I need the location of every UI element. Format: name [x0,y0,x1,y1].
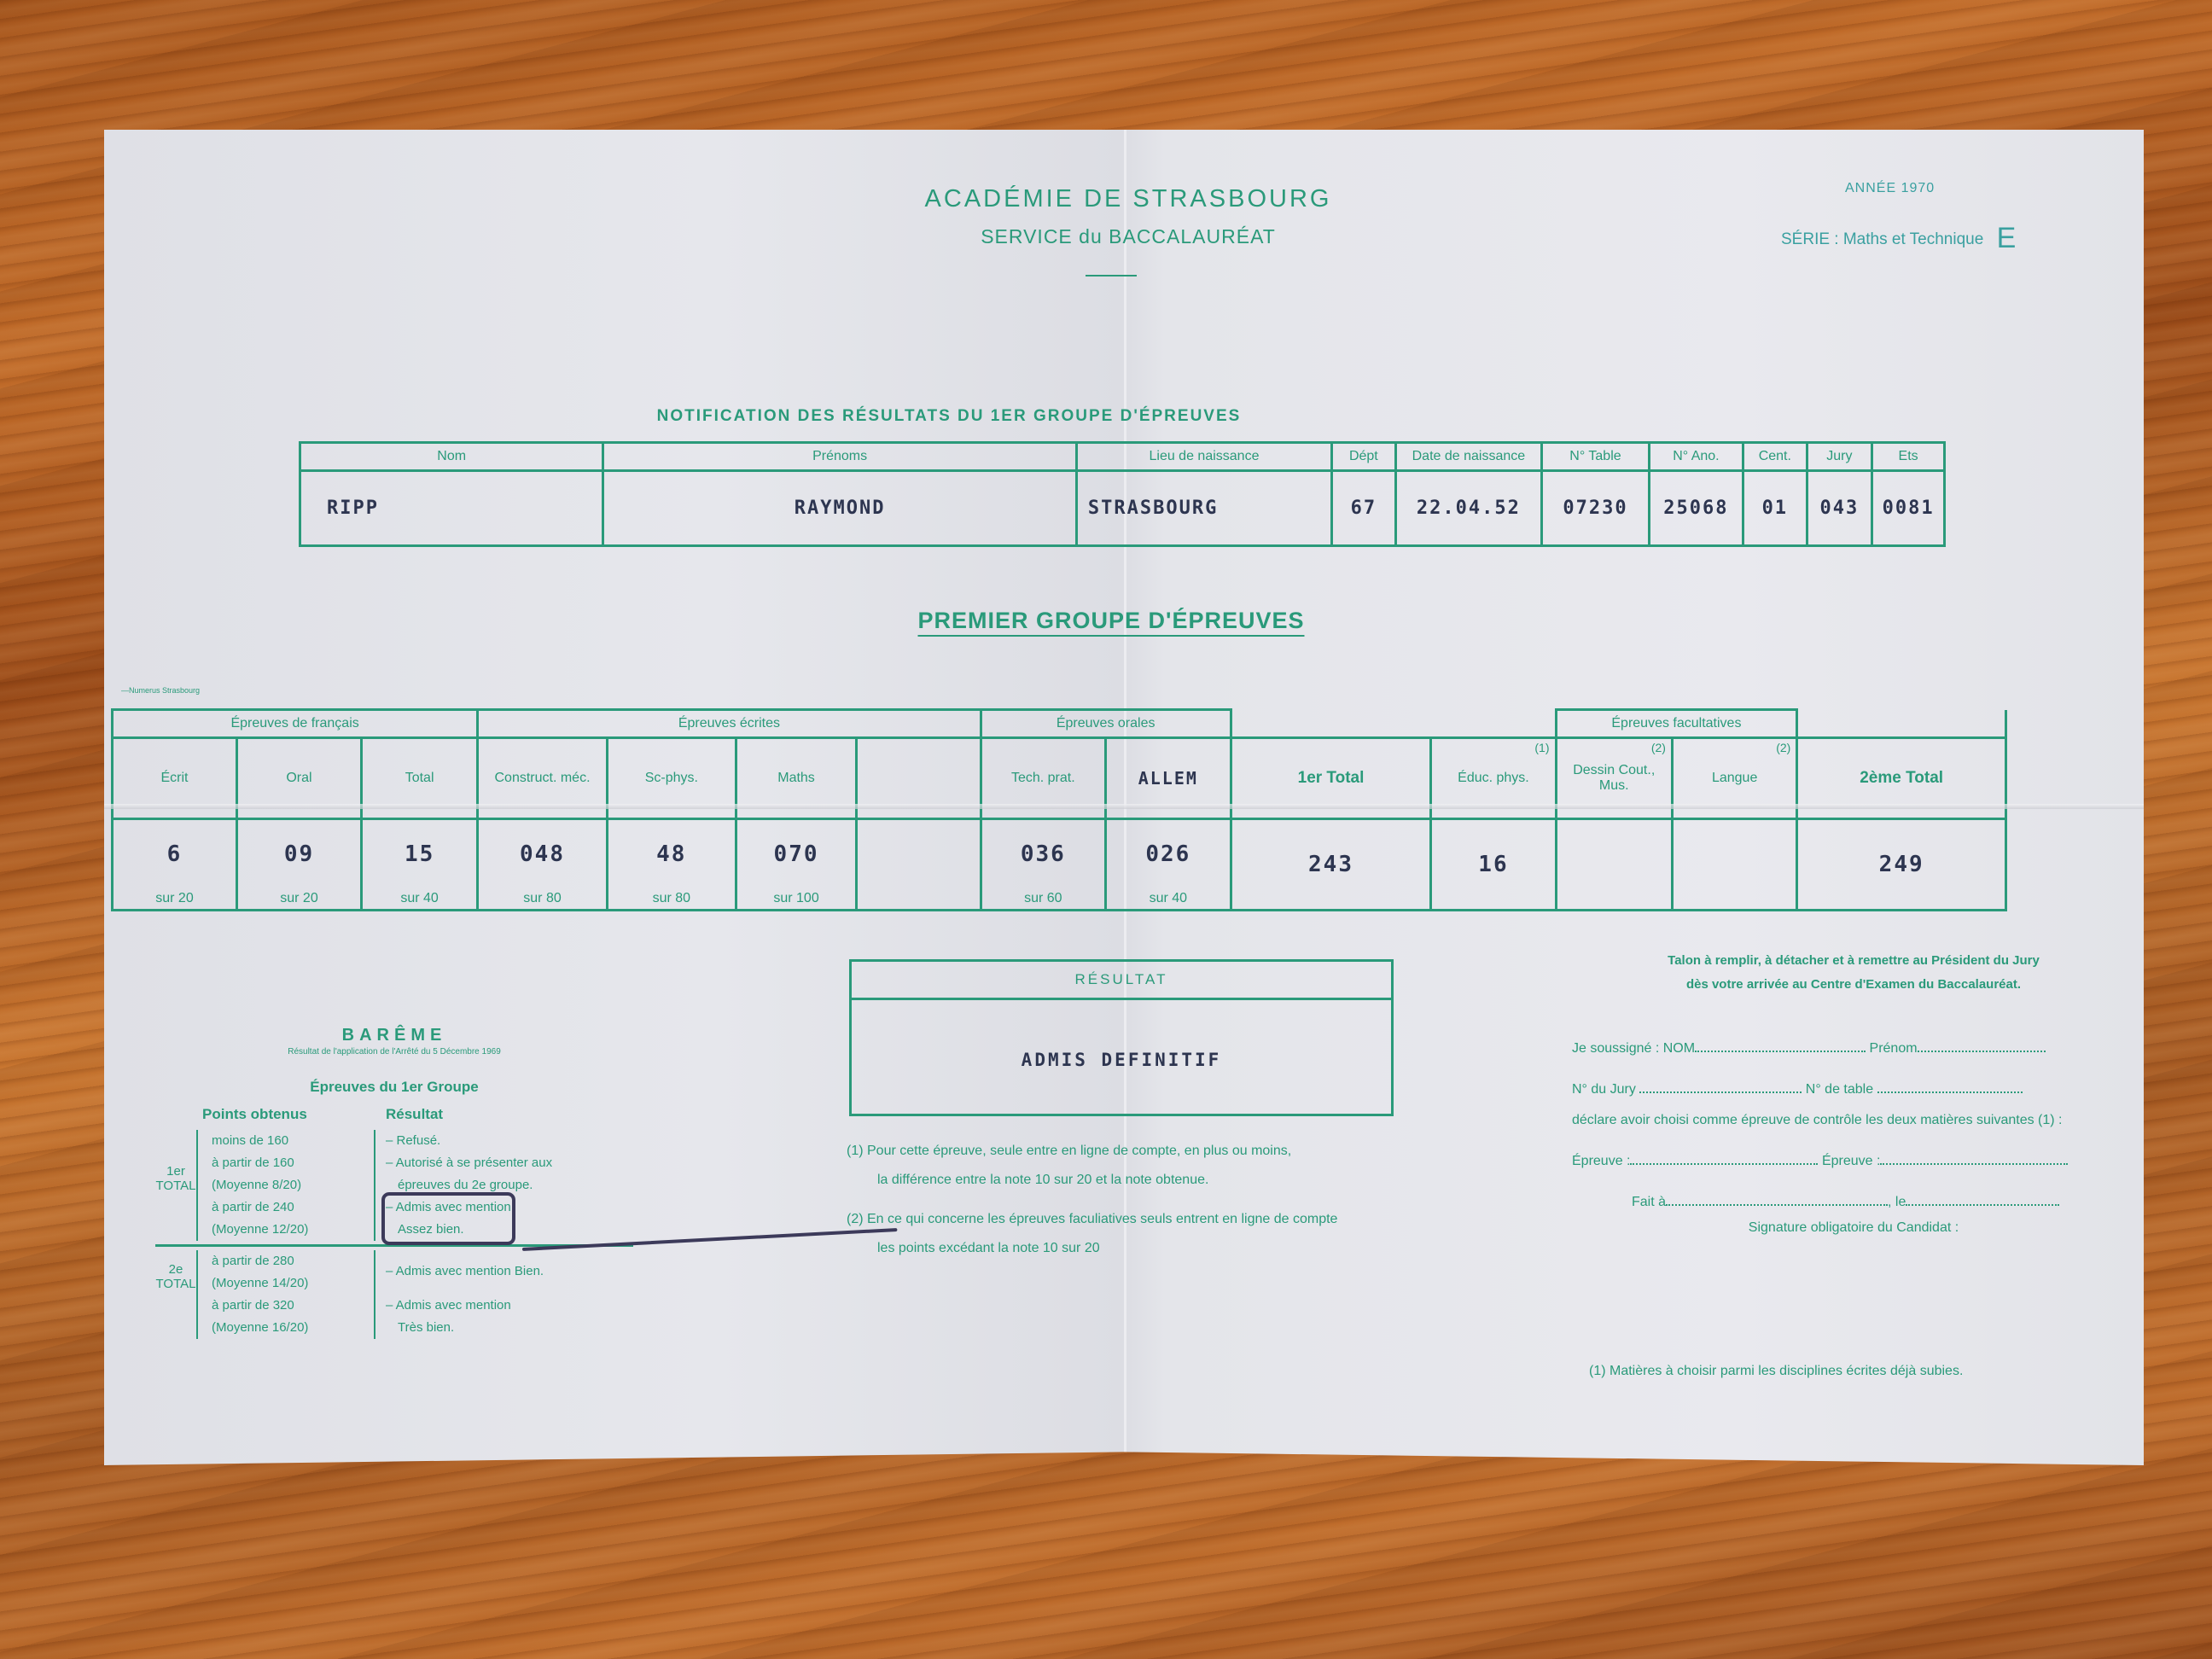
row-points: à partir de 320(Moyenne 16/20) [196,1295,375,1339]
col-nom: Nom [300,443,603,471]
talon-line-fait: Fait à, le [1572,1191,2135,1214]
bareme-subtitle: Résultat de l'application de l'Arrêté du… [155,1047,633,1057]
resultat-text: – Admis avec mention [386,1298,511,1313]
score-1er-total: 243 [1231,819,1431,911]
resultat-text: – Admis avec mention [386,1200,511,1214]
row-points: à partir de 160(Moyenne 8/20) [196,1152,375,1196]
score-ecrit: 6 [113,819,237,889]
bareme-total1-block: 1er TOTAL moins de 160 – Refusé. à parti… [155,1130,633,1241]
group-orales: Épreuves orales [981,710,1231,738]
bareme-total2-rows: à partir de 280(Moyenne 14/20) – Admis a… [196,1250,633,1339]
score-maths: 070 [736,819,856,889]
talon-header: Talon à remplir, à détacher et à remettr… [1572,949,2135,997]
talon-header-line1: Talon à remplir, à détacher et à remettr… [1572,949,2135,973]
row-resultat: – Autorisé à se présenter auxépreuves du… [375,1152,633,1196]
fait-field[interactable] [1666,1192,1888,1206]
horizontal-fold-tear [104,804,2144,809]
points-text: à partir de 320 [212,1298,294,1313]
value-nom: RIPP [300,471,603,546]
value-date: 22.04.52 [1395,471,1542,546]
sur-ecrit: sur 20 [113,888,237,911]
service-subtitle: SERVICE du BACCALAURÉAT [915,225,1342,248]
talon-header-line2: dès votre arrivée au Centre d'Examen du … [1572,973,2135,997]
col-points-obtenus: Points obtenus [155,1106,386,1123]
bareme-section: BARÊME Résultat de l'application de l'Ar… [155,1026,633,1339]
resultat-text: – Autorisé à se présenter aux [386,1155,552,1170]
value-cent: 01 [1743,471,1807,546]
footnote-1-line1: (1) Pour cette épreuve, seule entre en l… [847,1144,1291,1158]
resultat-text-2: Très bien. [386,1320,454,1335]
row-resultat: – Admis avec mentionAssez bien. [375,1196,633,1241]
sur-total-fr: sur 40 [362,888,478,911]
annee-value: 1970 [1901,181,1935,195]
row-resultat: – Admis avec mentionTrès bien. [375,1295,633,1339]
footnotes: (1) Pour cette épreuve, seule entre en l… [847,1137,1495,1273]
table-label: N° de table [1806,1082,1873,1097]
annee-label: ANNÉE [1845,181,1896,195]
numerus-note: —Numerus Strasbourg [121,686,200,695]
fait-label: Fait à [1632,1195,1666,1209]
sur-techprat: sur 60 [981,888,1105,911]
total1-label: 1er TOTAL [155,1130,196,1241]
signature-label: Signature obligatoire du Candidat : [1572,1220,2135,1236]
bareme-row: moins de 160 – Refusé. [196,1130,633,1152]
epreuve1-field[interactable] [1630,1151,1818,1165]
sur-oral: sur 20 [236,888,361,911]
le-label: , le [1888,1195,1906,1209]
value-dept: 67 [1332,471,1396,546]
bareme-total1-rows: moins de 160 – Refusé. à partir de 160(M… [196,1130,633,1241]
resultat-text-2: Assez bien. [386,1222,464,1237]
serie-name: Maths et Technique [1843,230,1983,248]
row-points: à partir de 280(Moyenne 14/20) [196,1250,375,1295]
value-jury: 043 [1807,471,1872,546]
score-construct: 048 [478,819,608,889]
sur-maths: sur 100 [736,888,856,911]
jury-label: N° du Jury [1572,1082,1636,1097]
table-field[interactable] [1877,1080,2023,1093]
candidate-id-table: Nom Prénoms Lieu de naissance Dépt Date … [299,441,1946,547]
academie-title: ACADÉMIE DE STRASBOURG [915,185,1342,213]
scores-table: Épreuves de français Épreuves écrites Ép… [111,708,2007,911]
col-prenoms: Prénoms [603,443,1077,471]
note-ref: (2) [1776,741,1790,754]
nom-field[interactable] [1695,1039,1866,1052]
resultat-text-2: épreuves du 2e groupe. [386,1178,533,1192]
spacer [1231,710,1556,738]
col-ano: N° Ano. [1649,443,1743,471]
premier-groupe-title: PREMIER GROUPE D'ÉPREUVES [812,608,1410,634]
bareme-title: BARÊME [155,1026,633,1045]
bareme-groupe: Épreuves du 1er Groupe [155,1079,633,1096]
value-prenoms: RAYMOND [603,471,1077,546]
footnote-2-line2: les points excédant la note 10 sur 20 [847,1234,1495,1263]
label-text: Dessin Cout., Mus. [1573,763,1655,793]
talon-declare: déclare avoir choisi comme épreuve de co… [1572,1109,2135,1132]
score-allem: 026 [1106,819,1231,889]
resultat-label: RÉSULTAT [852,962,1391,1000]
epreuve2-label: Épreuve : [1822,1154,1880,1168]
col-jury: Jury [1807,443,1872,471]
nom-label: Je soussigné : NOM [1572,1041,1695,1056]
epreuve1-label: Épreuve : [1572,1154,1630,1168]
points-text: à partir de 160 [212,1155,294,1170]
label-text: Langue [1712,771,1757,785]
sur-empty [857,888,981,911]
le-field[interactable] [1906,1192,2059,1206]
serie: SÉRIE : Maths et Technique E [1781,222,2016,255]
row-points: à partir de 240(Moyenne 12/20) [196,1196,375,1241]
prenom-label: Prénom [1870,1041,1918,1056]
resultat-box: RÉSULTAT ADMIS DEFINITIF [849,959,1394,1116]
value-ano: 25068 [1649,471,1743,546]
col-table: N° Table [1542,443,1650,471]
bareme-row: à partir de 320(Moyenne 16/20) – Admis a… [196,1295,633,1339]
moyenne-text: (Moyenne 12/20) [212,1222,308,1237]
group-ecrites: Épreuves écrites [478,710,981,738]
talon-line-jury: N° du Jury N° de table [1572,1079,2135,1101]
row-resultat: – Admis avec mention Bien. [375,1250,633,1295]
footnote-2: (2) En ce qui concerne les épreuves facu… [847,1205,1495,1263]
value-table: 07230 [1542,471,1650,546]
score-langue [1672,819,1796,911]
value-ets: 0081 [1872,471,1945,546]
pen-circled-mention: – Admis avec mentionAssez bien. [386,1196,511,1241]
points-text: moins de 160 [212,1133,288,1148]
group-facultatives: Épreuves facultatives [1556,710,1797,738]
value-lieu: STRASBOURG [1076,471,1331,546]
note-ref: (2) [1651,741,1666,754]
serie-letter: E [1997,222,2017,254]
moyenne-text: (Moyenne 16/20) [212,1320,308,1335]
bareme-total2-block: 2e TOTAL à partir de 280(Moyenne 14/20) … [155,1250,633,1339]
prenom-field[interactable] [1918,1039,2046,1052]
moyenne-text: (Moyenne 8/20) [212,1178,301,1192]
footnote-1-line2: la différence entre la note 10 sur 20 et… [847,1166,1495,1195]
talon-footnote: (1) Matières à choisir parmi les discipl… [1572,1364,2135,1379]
score-2eme-total: 249 [1797,819,2006,911]
bareme-row: à partir de 160(Moyenne 8/20) – Autorisé… [196,1152,633,1196]
sur-allem: sur 40 [1106,888,1231,911]
score-techprat: 036 [981,819,1105,889]
points-text: à partir de 280 [212,1254,294,1268]
header-rule [1086,275,1137,276]
talon-line-nom: Je soussigné : NOM Prénom [1572,1038,2135,1060]
note-ref: (1) [1534,741,1549,754]
talon-form: Talon à remplir, à détacher et à remettr… [1572,949,2135,1379]
col-date: Date de naissance [1395,443,1542,471]
col-ets: Ets [1872,443,1945,471]
col-lieu: Lieu de naissance [1076,443,1331,471]
score-dessin [1556,819,1672,911]
score-total-fr: 15 [362,819,478,889]
serie-label: SÉRIE : [1781,230,1839,248]
col-cent: Cent. [1743,443,1807,471]
score-scphys: 48 [607,819,736,889]
footnote-2-line1: (2) En ce qui concerne les épreuves facu… [847,1212,1337,1226]
sur-construct: sur 80 [478,888,608,911]
bareme-columns: Points obtenus Résultat [155,1106,633,1123]
resultat-value: ADMIS DEFINITIF [852,1050,1391,1070]
row-points: moins de 160 [196,1130,375,1152]
col-resultat: Résultat [386,1106,443,1123]
talon-line-epreuve: Épreuve : Épreuve : [1572,1150,2135,1173]
row-resultat: – Refusé. [375,1130,633,1152]
sur-scphys: sur 80 [607,888,736,911]
notification-title: NOTIFICATION DES RÉSULTATS DU 1ER GROUPE… [480,407,1418,426]
footnote-1: (1) Pour cette épreuve, seule entre en l… [847,1137,1495,1195]
spacer [1797,710,2006,738]
epreuve2-field[interactable] [1880,1151,2068,1165]
bareme-row-circled: à partir de 240(Moyenne 12/20) – Admis a… [196,1196,633,1241]
bareme-row: à partir de 280(Moyenne 14/20) – Admis a… [196,1250,633,1295]
score-oral: 09 [236,819,361,889]
jury-field[interactable] [1639,1080,1802,1093]
total2-label: 2e TOTAL [155,1250,196,1339]
points-text: à partir de 240 [212,1200,294,1214]
baccalaureat-result-sheet: ACADÉMIE DE STRASBOURG SERVICE du BACCAL… [104,130,2144,1465]
group-francais: Épreuves de français [113,710,478,738]
label-text: Éduc. phys. [1458,771,1529,785]
moyenne-text: (Moyenne 14/20) [212,1276,308,1290]
col-dept: Dépt [1332,443,1396,471]
score-educ-phys: 16 [1431,819,1556,911]
score-empty [857,819,981,889]
annee: ANNÉE 1970 [1845,181,1935,196]
